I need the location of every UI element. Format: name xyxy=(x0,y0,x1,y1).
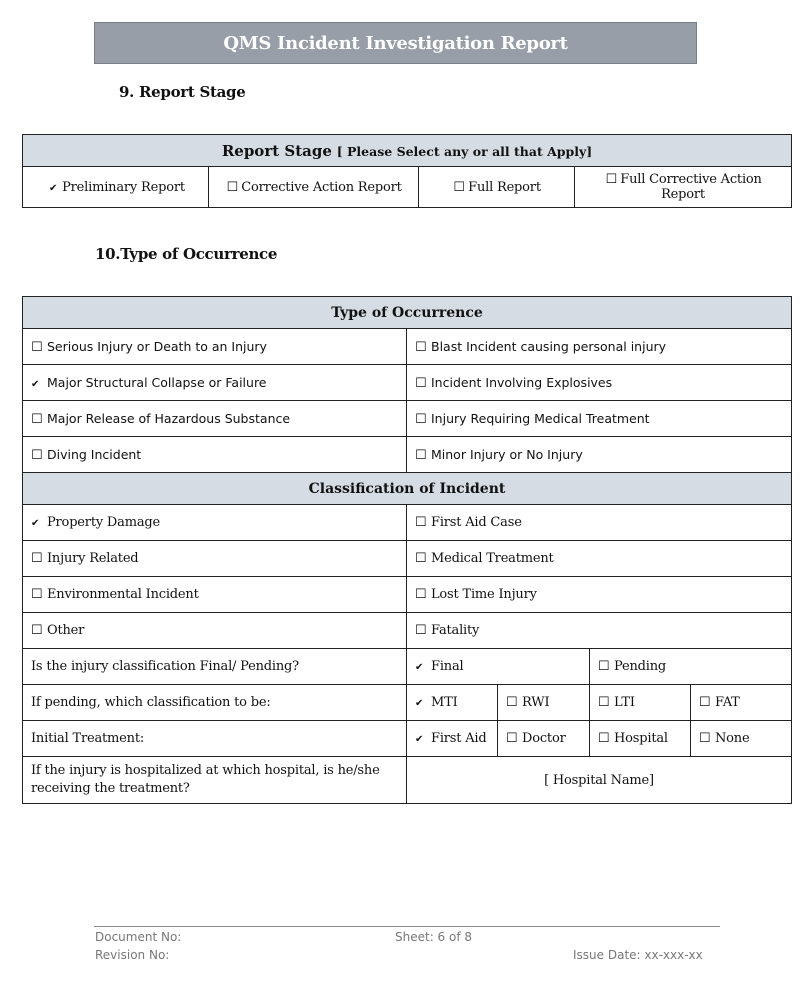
option-label: Environmental Incident xyxy=(47,587,199,602)
option-label: Medical Treatment xyxy=(431,551,554,566)
checkbox-icon[interactable]: ☐ xyxy=(415,551,429,566)
checkbox-icon[interactable]: ☐ xyxy=(31,587,45,602)
checkmark-icon[interactable]: ✔ xyxy=(415,662,429,673)
footer-revision-no: Revision No: xyxy=(95,948,169,962)
checkmark-icon[interactable]: ✔ xyxy=(415,698,429,709)
list-item[interactable]: ☐Major Release of Hazardous Substance xyxy=(23,401,407,437)
footer-issue-date: Issue Date: xx-xxx-xx xyxy=(573,948,703,962)
option-mti[interactable]: ✔MTI xyxy=(407,685,498,721)
classification-header: Classification of Incident xyxy=(23,473,792,505)
checkbox-icon[interactable]: ☐ xyxy=(598,659,612,674)
option-label: Minor Injury or No Injury xyxy=(431,447,583,462)
checkbox-icon[interactable]: ☐ xyxy=(31,340,45,355)
list-item[interactable]: ☐Injury Requiring Medical Treatment xyxy=(407,401,792,437)
option-label: First Aid Case xyxy=(431,515,522,530)
checkmark-icon[interactable]: ✔ xyxy=(31,518,45,529)
checkbox-icon[interactable]: ☐ xyxy=(415,340,429,355)
option-label: Major Release of Hazardous Substance xyxy=(47,411,290,426)
option-label: Fatality xyxy=(431,623,479,638)
list-item[interactable]: ☐Medical Treatment xyxy=(407,541,792,577)
option-label: Diving Incident xyxy=(47,447,141,462)
option-label: Corrective Action Report xyxy=(241,180,401,195)
option-final[interactable]: ✔Final xyxy=(407,649,590,685)
list-item[interactable]: ✔Property Damage xyxy=(23,505,407,541)
option-pending[interactable]: ☐Pending xyxy=(590,649,792,685)
option-preliminary-report[interactable]: ✔Preliminary Report xyxy=(23,167,209,208)
option-label: Final xyxy=(431,659,463,674)
report-stage-table: Report Stage [ Please Select any or all … xyxy=(22,134,792,208)
checkbox-icon[interactable]: ☐ xyxy=(31,448,45,463)
checkbox-icon[interactable]: ☐ xyxy=(598,731,612,746)
section-10-heading: 10.Type of Occurrence xyxy=(95,245,277,263)
section-9-heading: 9. Report Stage xyxy=(119,83,245,101)
checkbox-icon[interactable]: ☐ xyxy=(415,376,429,391)
footer-document-no: Document No: xyxy=(95,930,181,944)
option-label: LTI xyxy=(614,695,635,710)
footer-divider xyxy=(94,926,720,927)
option-label: Serious Injury or Death to an Injury xyxy=(47,339,267,354)
option-fat[interactable]: ☐FAT xyxy=(691,685,792,721)
option-label: Major Structural Collapse or Failure xyxy=(47,375,267,390)
list-item[interactable]: ☐Incident Involving Explosives xyxy=(407,365,792,401)
final-pending-question: Is the injury classification Final/ Pend… xyxy=(23,649,407,685)
occurrence-table: Type of Occurrence ☐Serious Injury or De… xyxy=(22,296,792,804)
option-none[interactable]: ☐None xyxy=(691,721,792,757)
checkmark-icon[interactable]: ✔ xyxy=(46,183,60,194)
document-title-bar: QMS Incident Investigation Report xyxy=(94,22,697,64)
report-stage-subtitle: [ Please Select any or all that Apply] xyxy=(337,144,592,159)
checkmark-icon[interactable]: ✔ xyxy=(31,379,45,390)
list-item[interactable]: ☐Lost Time Injury xyxy=(407,577,792,613)
option-label: Full Report xyxy=(468,180,541,195)
list-item[interactable]: ☐Fatality xyxy=(407,613,792,649)
option-label: Injury Related xyxy=(47,551,138,566)
option-doctor[interactable]: ☐Doctor xyxy=(498,721,590,757)
checkbox-icon[interactable]: ☐ xyxy=(415,623,429,638)
option-label: Doctor xyxy=(522,731,566,746)
checkbox-icon[interactable]: ☐ xyxy=(31,551,45,566)
document-title: QMS Incident Investigation Report xyxy=(223,33,567,54)
option-hospital[interactable]: ☐Hospital xyxy=(590,721,691,757)
checkbox-icon[interactable]: ☐ xyxy=(598,695,612,710)
option-label: MTI xyxy=(431,695,458,710)
checkbox-icon[interactable]: ☐ xyxy=(699,695,713,710)
list-item[interactable]: ☐Diving Incident xyxy=(23,437,407,473)
option-label: First Aid xyxy=(431,731,487,746)
list-item[interactable]: ☐First Aid Case xyxy=(407,505,792,541)
option-full-corrective-action-report[interactable]: ☐Full Corrective Action Report xyxy=(575,167,792,208)
option-label: Other xyxy=(47,623,84,638)
checkbox-icon[interactable]: ☐ xyxy=(699,731,713,746)
option-first-aid[interactable]: ✔First Aid xyxy=(407,721,498,757)
checkbox-icon[interactable]: ☐ xyxy=(31,412,45,427)
type-of-occurrence-header: Type of Occurrence xyxy=(23,297,792,329)
checkmark-icon[interactable]: ✔ xyxy=(415,734,429,745)
checkbox-icon[interactable]: ☐ xyxy=(415,587,429,602)
option-label: FAT xyxy=(715,695,740,710)
checkbox-icon[interactable]: ☐ xyxy=(415,448,429,463)
list-item[interactable]: ☐Serious Injury or Death to an Injury xyxy=(23,329,407,365)
report-stage-title: Report Stage xyxy=(222,142,332,160)
hospital-name-field[interactable]: [ Hospital Name] xyxy=(407,757,792,804)
pending-classification-question: If pending, which classification to be: xyxy=(23,685,407,721)
option-rwi[interactable]: ☐RWI xyxy=(498,685,590,721)
checkbox-icon[interactable]: ☐ xyxy=(452,180,466,195)
checkbox-icon[interactable]: ☐ xyxy=(415,515,429,530)
option-label: Hospital xyxy=(614,731,668,746)
list-item[interactable]: ☐Blast Incident causing personal injury xyxy=(407,329,792,365)
option-label: Preliminary Report xyxy=(62,180,185,195)
option-lti[interactable]: ☐LTI xyxy=(590,685,691,721)
initial-treatment-question: Initial Treatment: xyxy=(23,721,407,757)
option-label: Pending xyxy=(614,659,666,674)
option-label: Injury Requiring Medical Treatment xyxy=(431,411,650,426)
checkbox-icon[interactable]: ☐ xyxy=(225,180,239,195)
hospital-question: If the injury is hospitalized at which h… xyxy=(23,757,407,804)
option-label: Incident Involving Explosives xyxy=(431,375,612,390)
list-item[interactable]: ☐Other xyxy=(23,613,407,649)
option-label: Property Damage xyxy=(47,515,160,530)
option-label: None xyxy=(715,731,749,746)
list-item[interactable]: ✔Major Structural Collapse or Failure xyxy=(23,365,407,401)
option-full-report[interactable]: ☐Full Report xyxy=(419,167,575,208)
option-label: Lost Time Injury xyxy=(431,587,537,602)
option-corrective-action-report[interactable]: ☐Corrective Action Report xyxy=(209,167,419,208)
checkbox-icon[interactable]: ☐ xyxy=(506,695,520,710)
checkbox-icon[interactable]: ☐ xyxy=(604,172,618,187)
option-label: RWI xyxy=(522,695,549,710)
report-stage-header: Report Stage [ Please Select any or all … xyxy=(23,135,792,167)
list-item[interactable]: ☐Injury Related xyxy=(23,541,407,577)
option-label: Full Corrective Action Report xyxy=(620,172,761,202)
list-item[interactable]: ☐Minor Injury or No Injury xyxy=(407,437,792,473)
list-item[interactable]: ☐Environmental Incident xyxy=(23,577,407,613)
checkbox-icon[interactable]: ☐ xyxy=(31,623,45,638)
footer-sheet: Sheet: 6 of 8 xyxy=(395,930,472,944)
checkbox-icon[interactable]: ☐ xyxy=(415,412,429,427)
option-label: Blast Incident causing personal injury xyxy=(431,339,666,354)
checkbox-icon[interactable]: ☐ xyxy=(506,731,520,746)
